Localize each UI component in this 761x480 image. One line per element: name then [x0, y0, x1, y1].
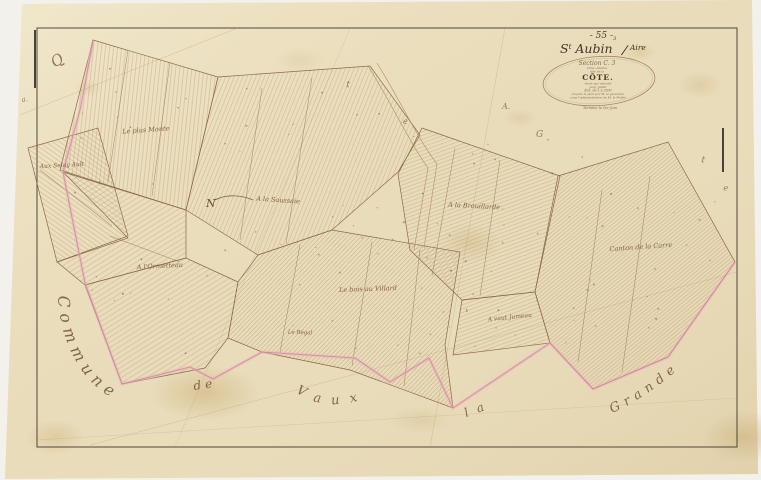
cartouche-footer: Terminé le 1er Juin: [583, 106, 618, 110]
parcel-label: Le Régal: [287, 329, 313, 337]
scanned-map-page: N Le plus Monte Aux Selay Ault A la Saus…: [0, 0, 761, 480]
territory-name: Aire: [629, 43, 646, 52]
cartouche-script-line: sous l'administration de M. le Préfet: [570, 96, 626, 100]
neighbor-letter: G: [536, 130, 543, 140]
neighbor-letter: A.: [501, 102, 510, 111]
neighbor-letter: e: [403, 117, 408, 126]
north-mark-letter: N: [205, 197, 216, 210]
commune-name: St Aubin: [560, 41, 613, 56]
cadastral-map-svg: N Le plus Monte Aux Selay Ault A la Saus…: [0, 0, 761, 480]
neighbor-letter: a.: [21, 95, 29, 104]
